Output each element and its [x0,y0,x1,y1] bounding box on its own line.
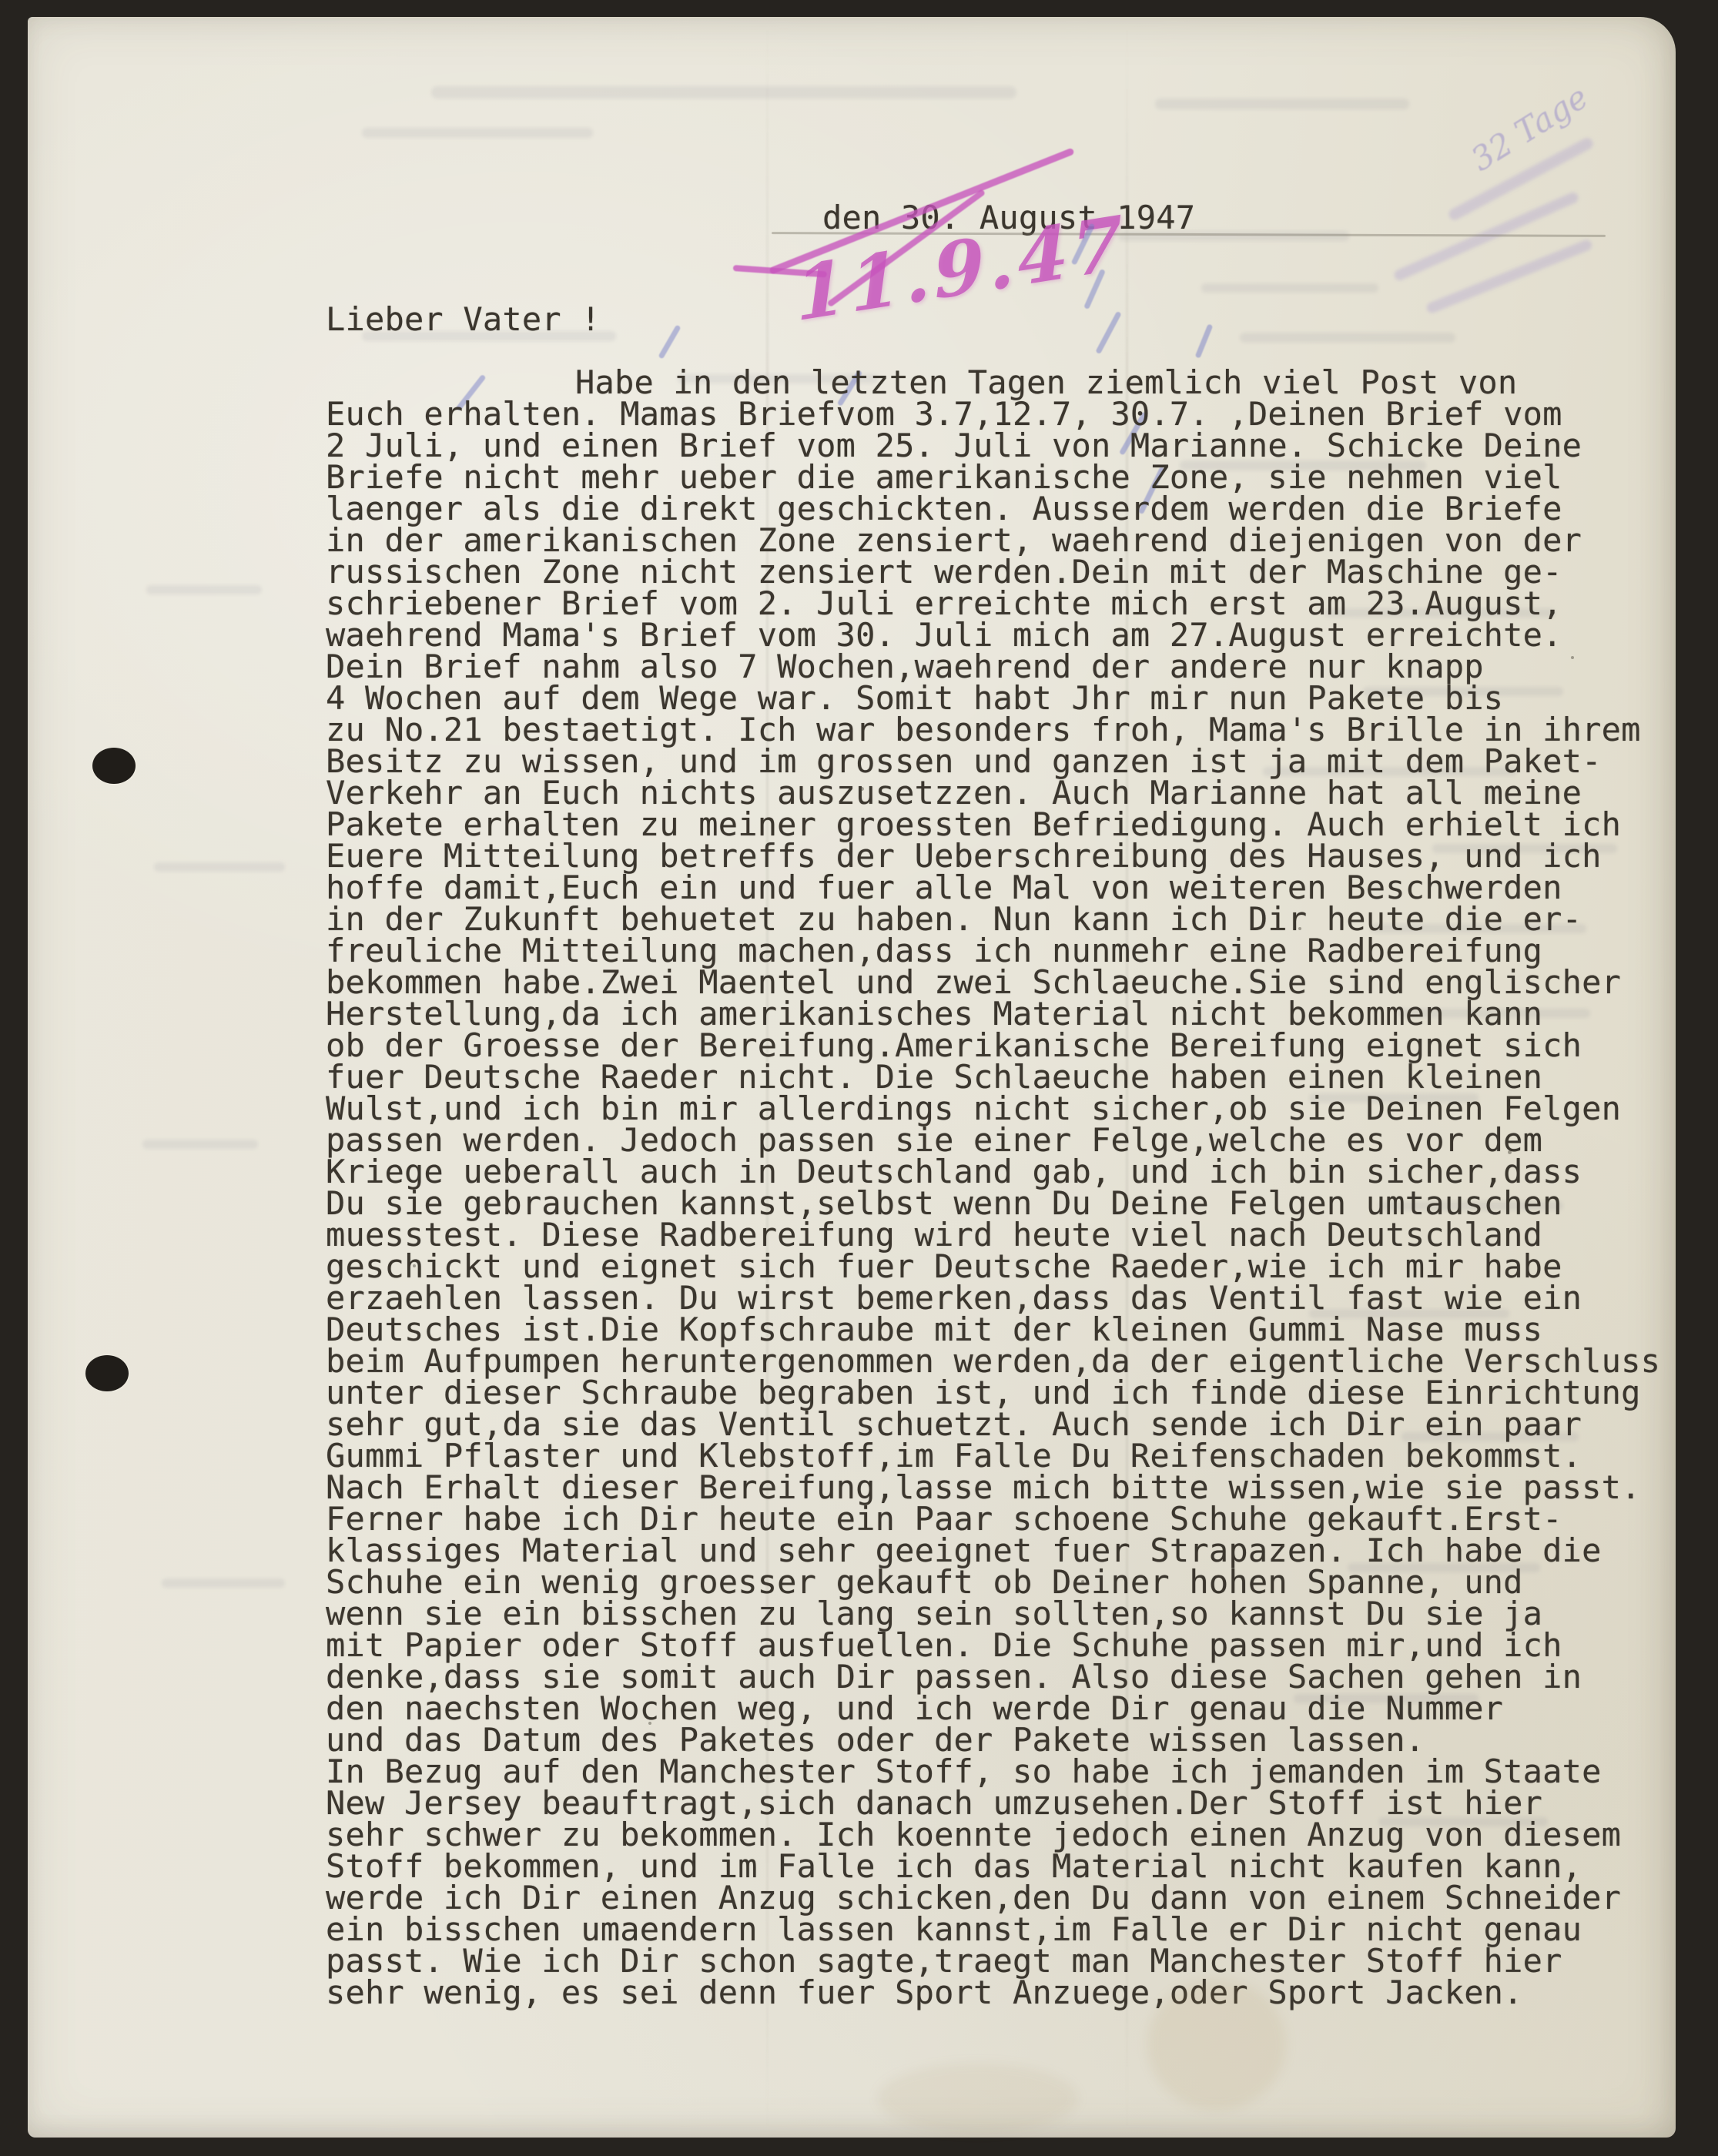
letter-line: 4 Wochen auf dem Wege war. Somit habt Jh… [326,682,1660,714]
letter-line: hoffe damit,Euch ein und fuer alle Mal v… [326,872,1660,903]
letter-line: in der amerikanischen Zone zensiert, wae… [326,524,1660,556]
letter-line: In Bezug auf den Manchester Stoff, so ha… [326,1756,1660,1787]
letter-line: Verkehr an Euch nichts auszusetzzen. Auc… [326,777,1660,808]
letter-line: passt. Wie ich Dir schon sagte,traegt ma… [326,1945,1660,1977]
letter-line: laenger als die direkt geschickten. Auss… [326,493,1660,524]
letter-line: Nach Erhalt dieser Bereifung,lasse mich … [326,1471,1660,1503]
letter-line: erzaehlen lassen. Du wirst bemerken,dass… [326,1282,1660,1314]
letter-line: denke,dass sie somit auch Dir passen. Al… [326,1661,1660,1692]
salutation: Lieber Vater ! [326,300,601,338]
letter-line: sehr schwer zu bekommen. Ich koennte jed… [326,1819,1660,1850]
letter-line: Deutsches ist.Die Kopfschraube mit der k… [326,1314,1660,1345]
letter-line: mit Papier oder Stoff ausfuellen. Die Sc… [326,1629,1660,1661]
letter-line: Du sie gebrauchen kannst,selbst wenn Du … [326,1187,1660,1219]
letter-line: Dein Brief nahm also 7 Wochen,waehrend d… [326,651,1660,682]
letter-line: werde ich Dir einen Anzug schicken,den D… [326,1882,1660,1913]
letter-line: New Jersey beauftragt,sich danach umzuse… [326,1787,1660,1819]
letter-line: geschickt und eignet sich fuer Deutsche … [326,1250,1660,1282]
letter-line: Habe in den letzten Tagen ziemlich viel … [326,367,1660,398]
punch-hole [92,748,136,784]
letter-line: russischen Zone nicht zensiert werden.De… [326,556,1660,588]
letter-line: Pakete erhalten zu meiner groessten Befr… [326,808,1660,840]
letter-line: ein bisschen umaendern lassen kannst,im … [326,1913,1660,1945]
letter-line: wenn sie ein bisschen zu lang sein sollt… [326,1598,1660,1629]
letter-line: muesstest. Diese Radbereifung wird heute… [326,1219,1660,1250]
letter-line: unter dieser Schraube begraben ist, und … [326,1377,1660,1408]
letter-line: Schuhe ein wenig groesser gekauft ob Dei… [326,1566,1660,1598]
letter-line: Besitz zu wissen, und im grossen und gan… [326,745,1660,777]
letter-line: Stoff bekommen, und im Falle ich das Mat… [326,1850,1660,1882]
letter-line: Gummi Pflaster und Klebstoff,im Falle Du… [326,1440,1660,1471]
punch-hole [85,1355,129,1391]
letter-line: Euch erhalten. Mamas Briefvom 3.7,12.7, … [326,398,1660,430]
scanned-letter-page: { "scan": { "background_color": "#26231f… [0,0,1718,2156]
letter-line: bekommen habe.Zwei Maentel und zwei Schl… [326,966,1660,998]
letter-line: beim Aufpumpen heruntergenommen werden,d… [326,1345,1660,1377]
letter-line: und das Datum des Paketes oder der Paket… [326,1724,1660,1756]
letter-line: passen werden. Jedoch passen sie einer F… [326,1124,1660,1156]
letter-line: zu No.21 bestaetigt. Ich war besonders f… [326,714,1660,745]
letter-line: in der Zukunft behuetet zu haben. Nun ka… [326,903,1660,935]
letter-line: fuer Deutsche Raeder nicht. Die Schlaeuc… [326,1061,1660,1093]
letter-line: Kriege ueberall auch in Deutschland gab,… [326,1156,1660,1187]
letter-line: Wulst,und ich bin mir allerdings nicht s… [326,1093,1660,1124]
letter-line: sehr gut,da sie das Ventil schuetzt. Auc… [326,1408,1660,1440]
letter-line: klassiges Material und sehr geeignet fue… [326,1535,1660,1566]
letter-line: schriebener Brief vom 2. Juli erreichte … [326,588,1660,619]
letter-line: Briefe nicht mehr ueber die amerikanisch… [326,461,1660,493]
letter-line: 2 Juli, und einen Brief vom 25. Juli von… [326,430,1660,461]
letter-body: Habe in den letzten Tagen ziemlich viel … [326,367,1660,2008]
letter-line: Ferner habe ich Dir heute ein Paar schoe… [326,1503,1660,1535]
letter-line: den naechsten Wochen weg, und ich werde … [326,1692,1660,1724]
letter-line: ob der Groesse der Bereifung.Amerikanisc… [326,1029,1660,1061]
letter-line: sehr wenig, es sei denn fuer Sport Anzue… [326,1977,1660,2008]
letter-line: waehrend Mama's Brief vom 30. Juli mich … [326,619,1660,651]
letter-line: freuliche Mitteilung machen,dass ich nun… [326,935,1660,966]
letter-line: Herstellung,da ich amerikanisches Materi… [326,998,1660,1029]
letter-line: Euere Mitteilung betreffs der Ueberschre… [326,840,1660,872]
